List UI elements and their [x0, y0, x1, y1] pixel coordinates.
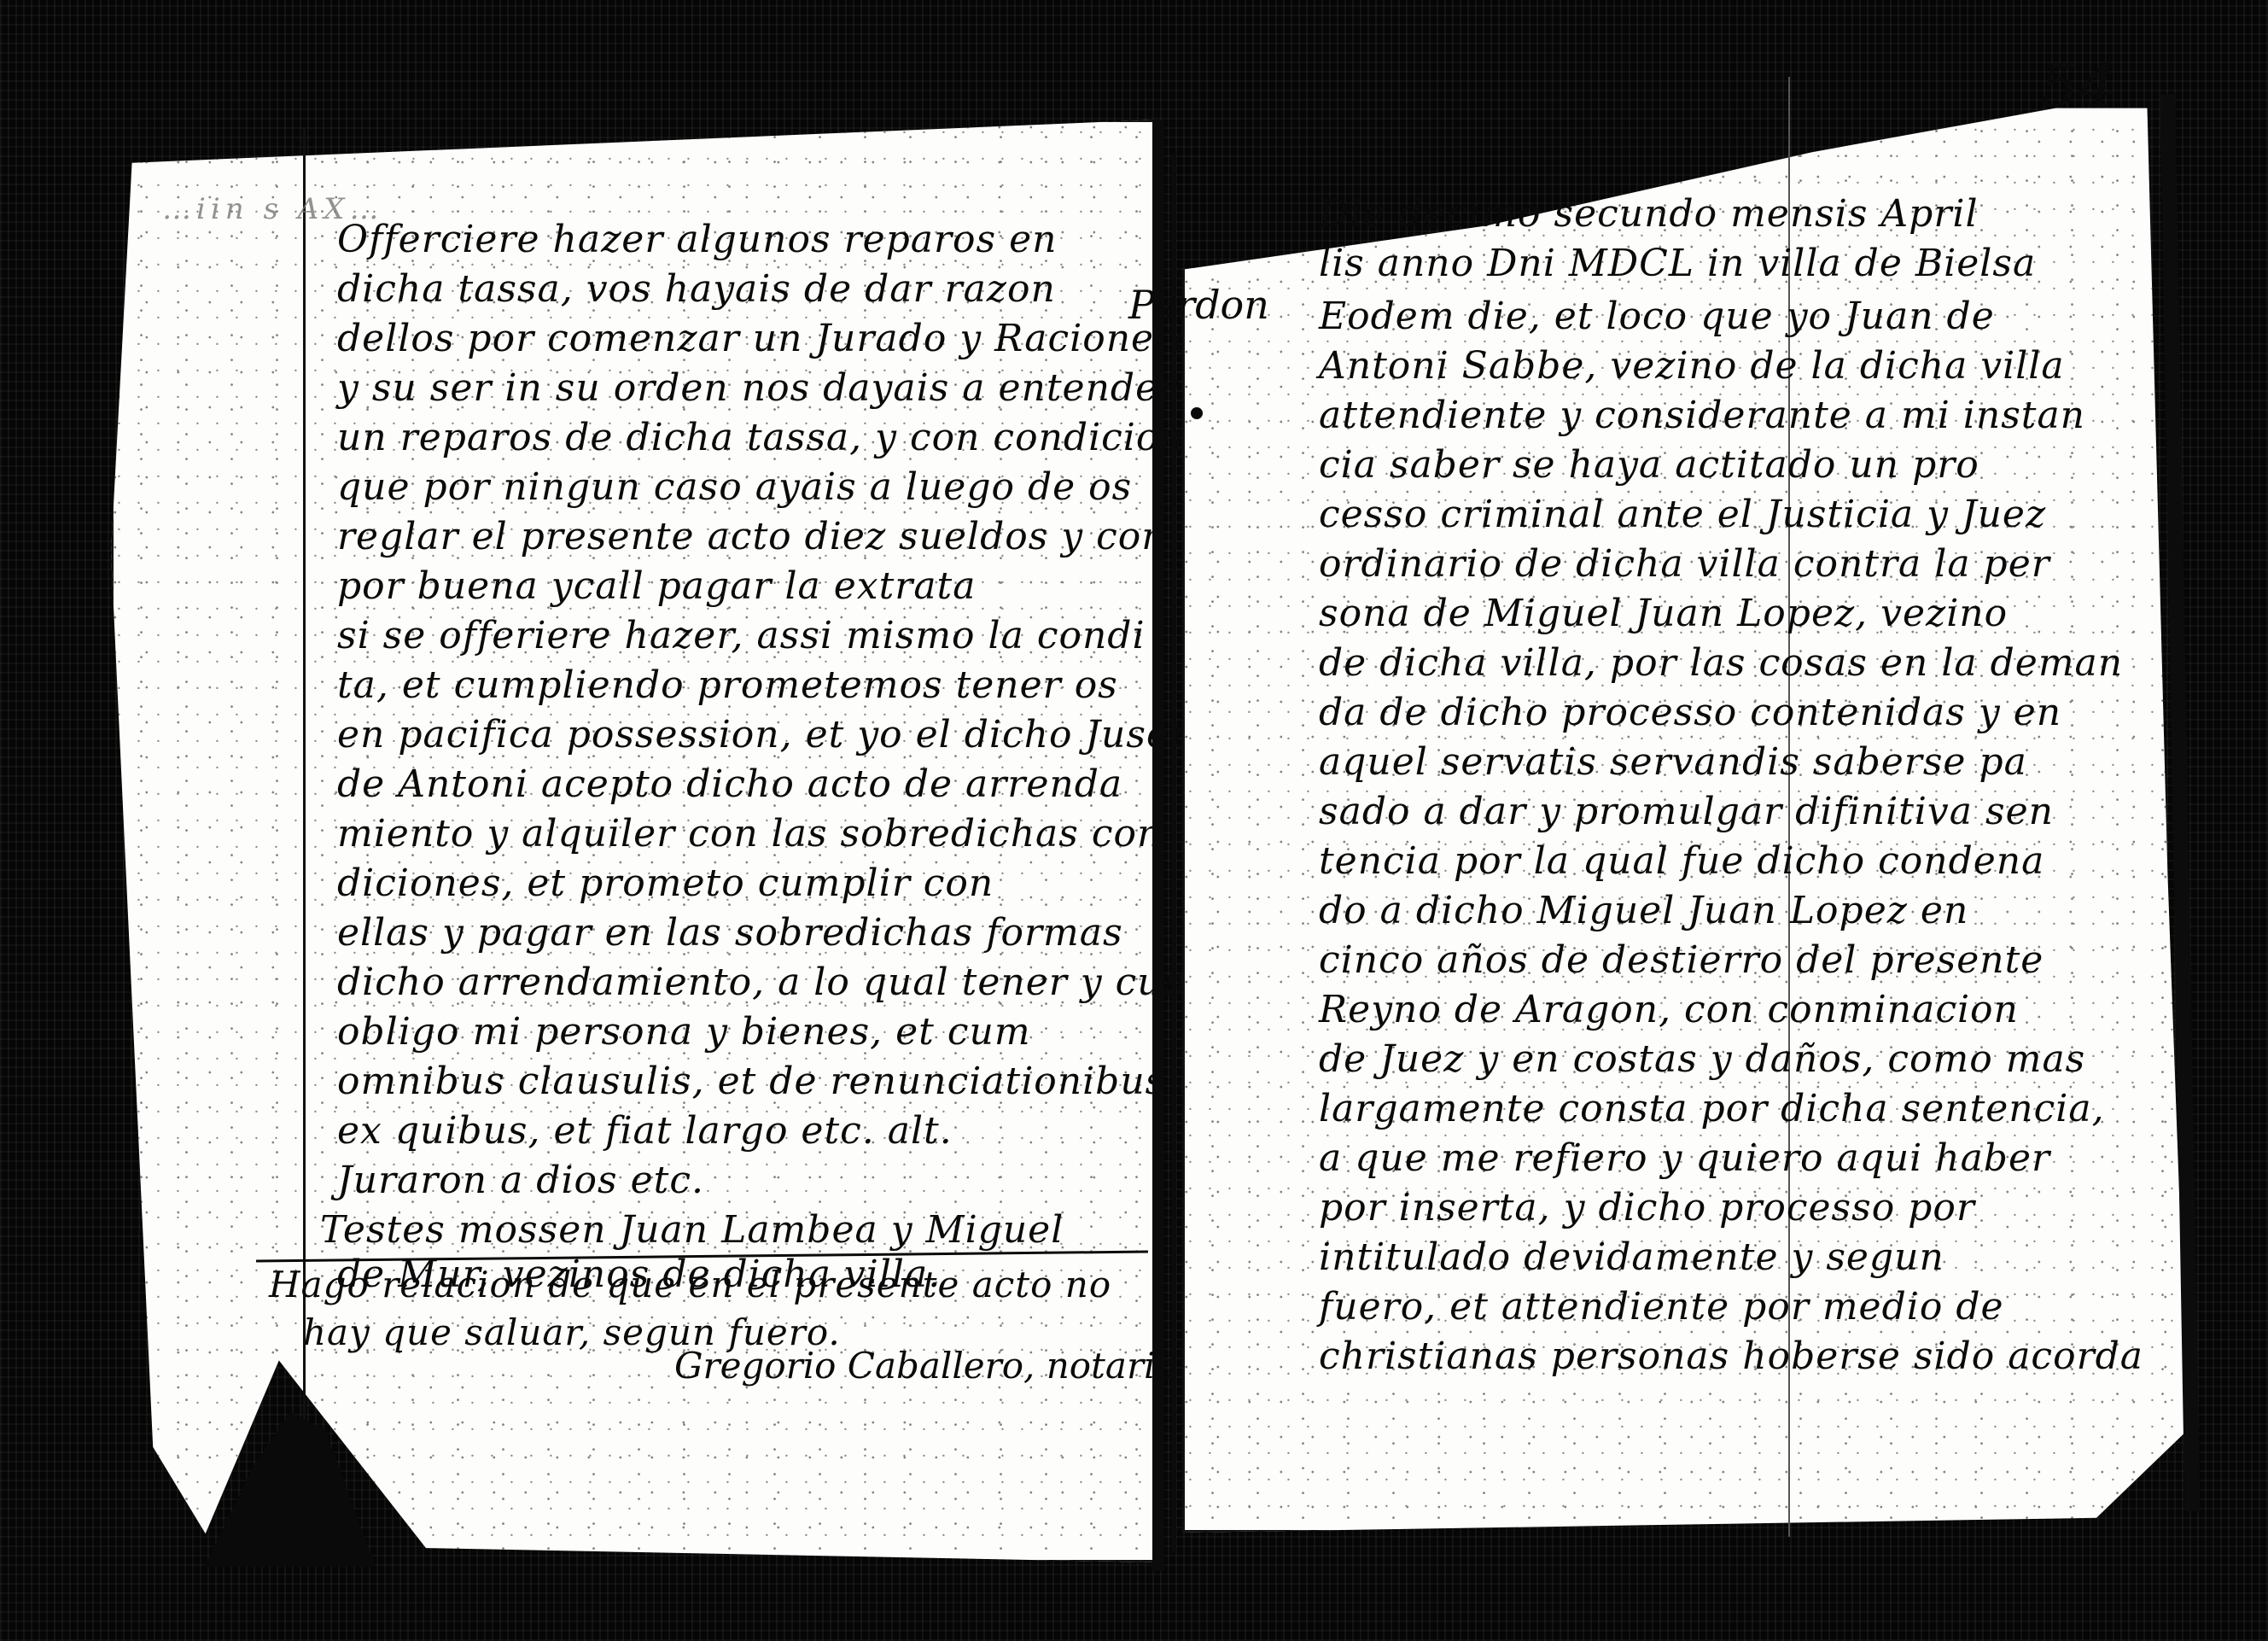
- manuscript-line: dicha tassa, vos hayais de dar razon: [337, 267, 1056, 311]
- manuscript-line: christianas personas hoberse sido acorda: [1319, 1334, 2143, 1378]
- manuscript-line: da de dicho processo contenidas y en: [1319, 691, 2061, 734]
- manuscript-line: fuero, et attendiente por medio de: [1319, 1285, 2004, 1329]
- manuscript-line: lis anno Dni MDCL in villa de Bielsa: [1319, 242, 2036, 285]
- manuscript-line: de Antoni acepto dicho acto de arrenda: [337, 762, 1122, 806]
- manuscript-line: Eodem die, et loco que yo Juan de: [1319, 295, 1995, 338]
- manuscript-line: omnibus clausulis, et de renunciationibu…: [337, 1060, 1217, 1103]
- manuscript-line: que por ningun caso ayais a luego de os: [337, 465, 1132, 509]
- manuscript-line: Reyno de Aragon, con conminacion: [1319, 988, 2019, 1031]
- manuscript-line: sona de Miguel Juan Lopez, vezino: [1319, 592, 2008, 635]
- manuscript-line: largamente consta por dicha sentencia,: [1319, 1087, 2105, 1130]
- manuscript-line: miento y alquiler con las sobredichas co…: [337, 812, 1162, 856]
- book-spine: [1152, 120, 1164, 1571]
- manuscript-line: Offerciere hazer algunos reparos en: [337, 218, 1057, 261]
- manuscript-line: do a dicho Miguel Juan Lopez en: [1319, 889, 1968, 932]
- manuscript-line: Die decimo secundo mensis April: [1319, 192, 1979, 236]
- manuscript-line: reglar el presente acto diez sueldos y c…: [337, 515, 1167, 558]
- manuscript-line: un reparos de dicha tassa, y con condici…: [337, 416, 1185, 459]
- manuscript-line: ex quibus, et fiat largo etc. alt.: [337, 1109, 953, 1153]
- margin-note: Perdon: [1128, 282, 1269, 328]
- manuscript-line: obligo mi persona y bienes, et cum: [337, 1010, 1031, 1054]
- witnesses-line: Testes mossen Juan Lambea y Miguel: [320, 1208, 1064, 1252]
- book-spine-edge: [1171, 154, 1176, 1554]
- folio-number: 54: [2040, 51, 2116, 121]
- manuscript-line: ordinario de dicha villa contra la per: [1319, 542, 2050, 586]
- manuscript-line: sado a dar y promulgar difinitiva sen: [1319, 790, 2054, 833]
- manuscript-line: por inserta, y dicho processo por: [1319, 1186, 1975, 1229]
- ink-blot: [1191, 407, 1203, 419]
- manuscript-line: en pacifica possession, et yo el dicho J…: [337, 713, 1194, 756]
- notary-note-line: Hago relacion de que en el presente acto…: [269, 1264, 1111, 1305]
- manuscript-line: cia saber se haya actitado un pro: [1319, 443, 1979, 487]
- manuscript-line: si se offeriere hazer, assi mismo la con…: [337, 614, 1146, 657]
- manuscript-line: Antoni Sabbe, vezino de la dicha villa: [1319, 344, 2065, 388]
- manuscript-line: ta, et cumpliendo prometemos tener os: [337, 663, 1118, 707]
- manuscript-line: dicho arrendamiento, a lo qual tener y c…: [337, 961, 1268, 1004]
- manuscript-line: attendiente y considerante a mi instan: [1319, 394, 2085, 437]
- manuscript-line: aquel servatis servandis saberse pa: [1319, 740, 2027, 784]
- manuscript-line: intitulado devidamente y segun: [1319, 1235, 1944, 1279]
- manuscript-line: cinco años de destierro del presente: [1319, 938, 2044, 982]
- manuscript-line: por buena ycall pagar la extrata: [337, 564, 976, 608]
- manuscript-line: de dicha villa, por las cosas en la dema…: [1319, 641, 2123, 685]
- manuscript-line: y su ser in su orden nos dayais a entend…: [337, 366, 1177, 410]
- manuscript-line: a que me refiero y quiero aqui haber: [1319, 1136, 2050, 1180]
- manuscript-line: de Juez y en costas y daños, como mas: [1319, 1037, 2085, 1081]
- manuscript-line: diciones, et prometo cumplir con: [337, 861, 994, 905]
- manuscript-line: cesso criminal ante el Justicia y Juez: [1319, 493, 2046, 536]
- manuscript-line: Juraron a dios etc.: [337, 1159, 704, 1202]
- manuscript-line: dellos por comenzar un Jurado y Racioner…: [337, 317, 1197, 360]
- manuscript-line: tencia por la qual fue dicho condena: [1319, 839, 2044, 883]
- manuscript-line: ellas y pagar en las sobredichas formas: [337, 911, 1123, 955]
- notary-signature: Gregorio Caballero, notario: [674, 1345, 1177, 1387]
